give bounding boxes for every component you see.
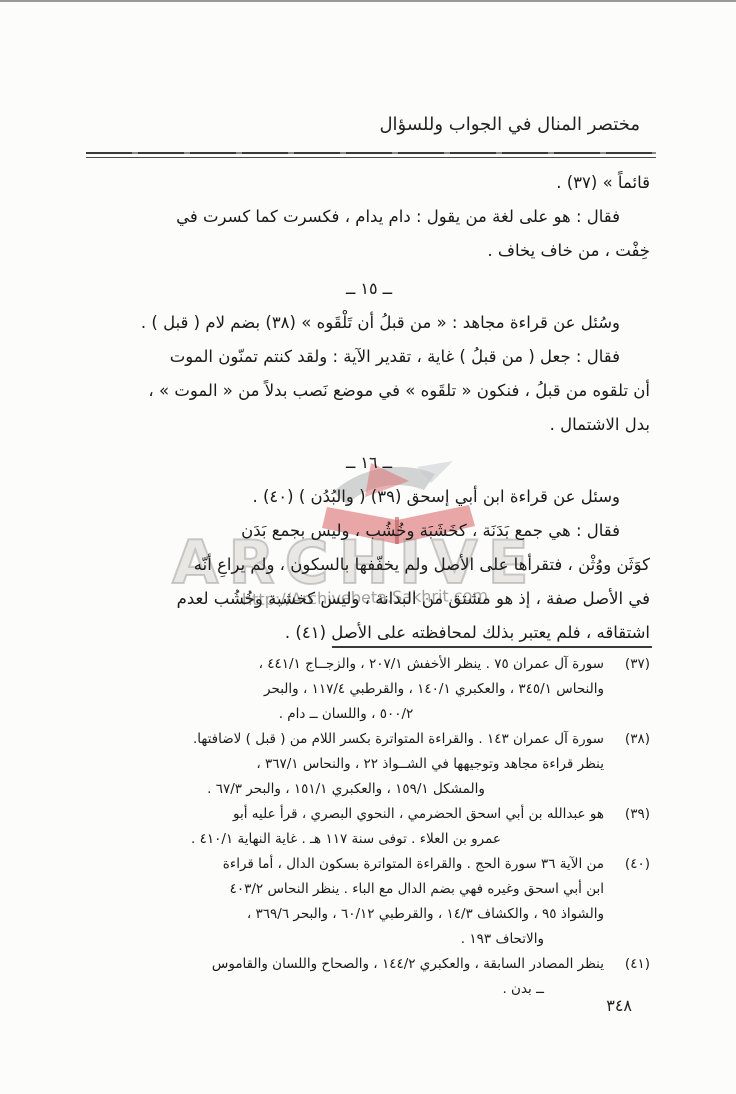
- body-line: فقال : هو على لغة من يقول : دام يدام ، ف…: [88, 200, 650, 234]
- footnote-label: (٣٩): [604, 802, 650, 852]
- book-title: مختصر المنال في الجواب وللسؤال: [379, 114, 640, 135]
- footnote-line: من الآية ٣٦ سورة الحج . والقراءة المتوات…: [88, 852, 604, 877]
- header-rule-bottom: [86, 157, 656, 158]
- footnote-line: ينظر المصادر السابقة ، والعكبري ١٤٤/٢ ، …: [88, 952, 604, 977]
- body-line: وسُئل عن قراءة مجاهد : « من قبلُ أن تَلْ…: [88, 306, 650, 340]
- footnote-line: والاتحاف ١٩٣ .: [88, 927, 604, 952]
- footnote-line: عمرو بن العلاء . توفى سنة ١١٧ هـ . غاية …: [88, 827, 604, 852]
- footnote-lines: سورة آل عمران ٧٥ . ينظر الأخفش ٢٠٧/١ ، و…: [88, 652, 604, 727]
- footnote-line: والنحاس ٣٤٥/١ ، والعكبري ١٤٠/١ ، والقرطب…: [88, 677, 604, 702]
- footnote-lines: من الآية ٣٦ سورة الحج . والقراءة المتوات…: [88, 852, 604, 952]
- footnote-row: (٣٩)هو عبدالله بن أبي اسحق الحضرمي ، الن…: [88, 802, 650, 852]
- header-rule-top: [86, 152, 656, 154]
- footnote-separator: [332, 646, 652, 648]
- footnote-line: ٥٠٠/٢ ، واللسان ــ دام .: [88, 702, 604, 727]
- body-line: كوَثَن ووُثْن ، فتقرأها على الأصل ولم يخ…: [88, 548, 650, 582]
- footnote-line: ابن أبي اسحق وغيره فهي بضم الدال مع البا…: [88, 877, 604, 902]
- footnote-lines: هو عبدالله بن أبي اسحق الحضرمي ، النحوي …: [88, 802, 604, 852]
- body-line: بدل الاشتمال .: [88, 408, 650, 442]
- section-heading: ــ ١٥ ــ: [88, 274, 650, 304]
- footnote-row: (٣٧)سورة آل عمران ٧٥ . ينظر الأخفش ٢٠٧/١…: [88, 652, 650, 727]
- footnote-row: (٣٨)سورة آل عمران ١٤٣ . والقراءة المتوات…: [88, 727, 650, 802]
- body-line: في الأصل صفة ، إذ هو مشتق من البدانة ، و…: [88, 582, 650, 616]
- body-text: قائماً » (٣٧) .فقال : هو على لغة من يقول…: [88, 166, 650, 650]
- footnote-line: هو عبدالله بن أبي اسحق الحضرمي ، النحوي …: [88, 802, 604, 827]
- section-heading: ــ ١٦ ــ: [88, 448, 650, 478]
- page-number: ٣٤٨: [606, 996, 632, 1015]
- footnote-lines: سورة آل عمران ١٤٣ . والقراءة المتواترة ب…: [88, 727, 604, 802]
- footnote-label: (٣٨): [604, 727, 650, 802]
- footnotes-block: (٣٧)سورة آل عمران ٧٥ . ينظر الأخفش ٢٠٧/١…: [88, 652, 650, 1002]
- body-line: وسئل عن قراءة ابن أبي إسحق (٣٩) ( والبُد…: [88, 480, 650, 514]
- footnote-label: (٤٠): [604, 852, 650, 952]
- body-line: خِفْت ، من خاف يخاف .: [88, 234, 650, 268]
- body-line: فقال : هي جمع بَدَنَة ، كخَشَبَة وخُشُب …: [88, 514, 650, 548]
- body-line: قائماً » (٣٧) .: [88, 166, 650, 200]
- footnote-row: (٤٠)من الآية ٣٦ سورة الحج . والقراءة الم…: [88, 852, 650, 952]
- footnote-lines: ينظر المصادر السابقة ، والعكبري ١٤٤/٢ ، …: [88, 952, 604, 1002]
- footnote-label: (٣٧): [604, 652, 650, 727]
- scan-edge-top: [0, 0, 736, 2]
- footnote-row: (٤١)ينظر المصادر السابقة ، والعكبري ١٤٤/…: [88, 952, 650, 1002]
- footnote-line: ــ بدن .: [88, 977, 604, 1002]
- body-line: اشتقاقه ، فلم يعتبر بذلك لمحافظته على ال…: [88, 616, 650, 650]
- footnote-line: والمشكل ١٥٩/١ ، والعكبري ١٥١/١ ، والبحر …: [88, 777, 604, 802]
- footnote-line: سورة آل عمران ١٤٣ . والقراءة المتواترة ب…: [88, 727, 604, 752]
- footnote-line: والشواذ ٩٥ ، والكشاف ١٤/٣ ، والقرطبي ٦٠/…: [88, 902, 604, 927]
- body-line: فقال : جعل ( من قبلُ ) غاية ، تقدير الآي…: [88, 340, 650, 374]
- footnote-line: سورة آل عمران ٧٥ . ينظر الأخفش ٢٠٧/١ ، و…: [88, 652, 604, 677]
- book-page-scan: ARCHIVE http://Archivebeta.Sakhrit.com م…: [0, 0, 736, 1094]
- body-line: أن تلقوه من قبلُ ، فنكون « تلقَوه » في م…: [88, 374, 650, 408]
- footnote-line: ينظر قراءة مجاهد وتوجيهها في الشــواذ ٢٢…: [88, 752, 604, 777]
- footnote-label: (٤١): [604, 952, 650, 1002]
